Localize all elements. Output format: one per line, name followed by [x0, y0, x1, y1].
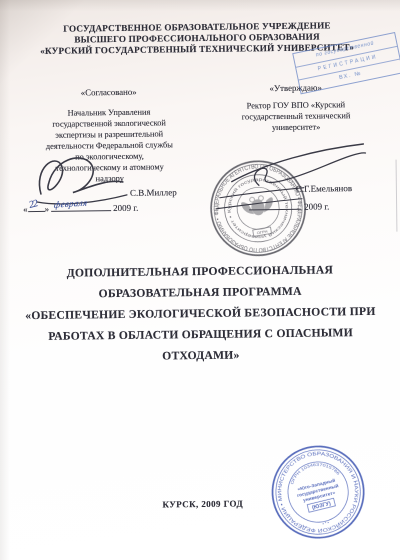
agreed-heading: «Согласовано»: [18, 86, 200, 98]
svg-text:(ЮЗГУ): (ЮЗГУ): [312, 501, 332, 511]
approved-heading: «Утверждаю»: [204, 82, 388, 94]
agreed-signatory-name: С.В.Миллер: [130, 187, 177, 198]
date-year: 2009 г.: [304, 201, 329, 211]
scan-artifact-line: [396, 160, 398, 232]
quote-close: »: [45, 204, 50, 214]
uzgu-blue-seal: МИНИСТЕРСТВО ОБРАЗОВАНИЯ И НАУКИ РОССИЙС…: [259, 433, 376, 550]
scanned-document-page: ГОСУДАРСТВЕННОЕ ОБРАЗОВАТЕЛЬНОЕ УЧРЕЖДЕН…: [0, 0, 400, 560]
document-title: ДОПОЛНИТЕЛЬНАЯ ПРОФЕССИОНАЛЬНАЯ ОБРАЗОВА…: [14, 259, 387, 369]
seal-center-text: «Юго-Западный государственный университе…: [295, 477, 343, 515]
handwritten-month: февраля: [53, 197, 88, 209]
approved-block: «Утверждаю» Ректор ГОУ ВПО «Курский госу…: [204, 82, 389, 134]
approved-date: 2009 г.: [249, 198, 329, 212]
date-day-line: 22: [28, 201, 45, 212]
agreed-date: «22»февраля2009 г.: [23, 200, 138, 214]
date-blank-line: [249, 199, 301, 211]
handwritten-day: 22: [27, 198, 38, 211]
date-year: 2009 г.: [113, 203, 138, 213]
date-month-line: февраля: [51, 200, 111, 212]
approved-signatory-title: Ректор ГОУ ВПО «Курский государственный …: [204, 99, 388, 134]
approved-signatory-name: С.Г.Емельянов: [296, 183, 352, 194]
